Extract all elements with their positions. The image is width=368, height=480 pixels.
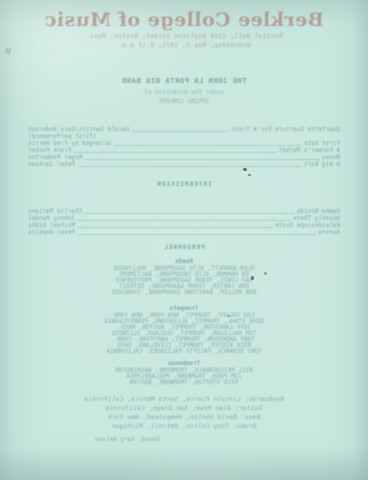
scan-artifact <box>5 48 11 54</box>
section-heading-reeds: Reeds <box>0 258 368 265</box>
piece-credit: Peter Hopkins <box>28 229 75 236</box>
piece-credit: Charlie Mariano <box>28 208 82 215</box>
dot-leader <box>85 154 319 160</box>
program-row: First Date arranged by Fred Harris <box>28 140 340 147</box>
masthead-venue-line: Recital Hall, 1140 Boylston Street, Bost… <box>0 33 368 40</box>
intermission-heading: INTERMISSION <box>0 181 368 188</box>
rhythm-line: Keyboards: Lincoln Pierce, Santa Monica,… <box>0 396 368 402</box>
rhythm-line: Bass: David Hanlon, Hempstead, New York <box>0 414 368 420</box>
piece-title: Samba Novido <box>297 208 340 215</box>
concert-series-line: SPRING CONCERT <box>0 98 368 105</box>
section-heading-trombones: Trombones <box>0 360 368 367</box>
ink-speck-red <box>264 272 267 275</box>
concert-subtitle: under the direction of <box>0 89 368 96</box>
piece-title: First Date <box>304 140 340 147</box>
piece-title: Quartette Overture For A Train <box>232 126 340 133</box>
piece-title: O Big Bart <box>304 161 340 168</box>
mirrored-showthrough-layer: Berklee College of Music Recital Hall, 1… <box>0 0 368 480</box>
rhythm-line: Drums: Tony Colton, Detroit, Michigan <box>0 423 368 429</box>
member-line: BOB MILLER, BARITONE SAXOPHONE, SYRACUSE <box>0 290 368 296</box>
concert-title: THE JOHN LA PORTA BIG BAND <box>0 77 368 85</box>
program-row: Samba Novido Charlie Mariano <box>28 208 340 215</box>
program-row: Aurora Peter Hopkins <box>28 229 340 236</box>
program-first-half: Quartette Overture For A Train Gerald Sa… <box>28 126 340 168</box>
dot-leader <box>78 215 290 221</box>
program-row: Quietly There Johnny Mandel <box>28 215 340 222</box>
piece-title: Aurora <box>318 229 340 236</box>
piece-credit: arranged by Fred Harris <box>28 140 111 147</box>
member-line: TONY DEMARCO, PACIFIC PALISADES, CALIFOR… <box>0 349 368 355</box>
piece-title: Kaleidoscope Suite <box>275 222 340 229</box>
dot-leader <box>74 147 275 153</box>
masthead-title: Berklee College of Music <box>0 9 368 31</box>
program-row: Quartette Overture For A Train Gerald Sa… <box>28 126 340 133</box>
piece-credit: Gerald Santini/Gary Anderson <box>28 126 129 133</box>
program-row: O Big Bart Peter Jackson <box>28 161 340 168</box>
program-row: Kaleidoscope Suite Michael Gibbs <box>28 222 340 229</box>
section-heading-trumpets: Trumpets <box>0 305 368 312</box>
dot-leader <box>78 229 315 235</box>
rhythm-line: Guitar: Alan Rowe, San Diego, California <box>0 405 368 411</box>
piece-credit: Johnny Mandel <box>28 215 75 222</box>
dot-leader <box>78 222 272 228</box>
program-row: A Farmer's Market Frank Foster <box>28 147 340 154</box>
dot-leader <box>78 161 301 167</box>
piece-credit: Michael Gibbs <box>28 222 75 229</box>
piece-credit: Frank Foster <box>28 147 71 154</box>
dot-leader <box>114 140 301 146</box>
program-row: (first performance) <box>28 133 340 140</box>
ink-speck <box>248 174 251 176</box>
piece-credit: (first performance) <box>28 133 97 140</box>
masthead-date-line: Wednesday, May 5, 1971, 8:15 p.m. <box>0 42 368 49</box>
ink-speck <box>228 315 230 317</box>
personnel-heading: PERSONNEL <box>0 244 368 251</box>
ink-speck <box>251 276 254 280</box>
member-line: RICK STEPTON, TROMBONE, BOSTON <box>0 380 368 386</box>
dot-leader <box>132 126 228 132</box>
scanned-program-back-page: Berklee College of Music Recital Hall, 1… <box>0 0 368 480</box>
piece-title: Bones <box>322 154 340 161</box>
piece-credit: Peter Jackson <box>28 161 75 168</box>
dot-leader <box>85 208 293 214</box>
piece-credit: Roger Pemberton <box>28 154 82 161</box>
footer-credit-line: Sound: Gary Nelson <box>95 437 160 443</box>
piece-title: Quietly There <box>293 215 340 222</box>
piece-title: A Farmer's Market <box>279 147 340 154</box>
program-second-half: Samba Novido Charlie Mariano Quietly The… <box>28 208 340 236</box>
program-row: Bones Roger Pemberton <box>28 154 340 161</box>
